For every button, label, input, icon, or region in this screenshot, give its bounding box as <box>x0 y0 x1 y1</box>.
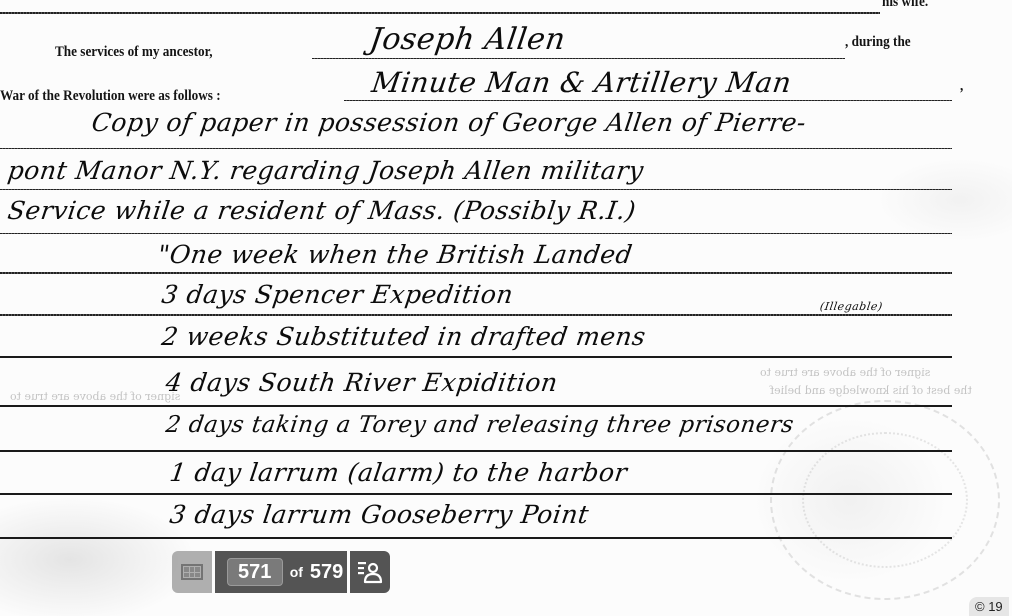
people-index-button[interactable] <box>350 551 390 593</box>
copyright-notice: © 19 <box>969 597 1009 616</box>
service-type: Minute Man & Artillery Man <box>370 66 794 99</box>
of-label: of <box>290 564 303 580</box>
form-rule <box>0 405 952 407</box>
bleed-through-text: signer of the above are true to <box>760 366 930 379</box>
people-list-icon <box>357 559 383 585</box>
form-rule <box>0 12 880 14</box>
filmstrip-grid-button[interactable] <box>172 551 212 593</box>
illegible-annotation: (Illegable) <box>819 300 883 313</box>
image-viewer-toolbar: 571 of 579 <box>172 551 390 593</box>
embossed-seal <box>770 400 1000 600</box>
ancestor-name: Joseph Allen <box>368 22 568 57</box>
his-wife-label: his wife. <box>882 0 928 11</box>
form-rule <box>0 537 952 539</box>
form-rule <box>0 314 952 316</box>
service-line: 3 days larrum Gooseberry Point <box>168 500 591 529</box>
document-viewer[interactable]: signer of the above are true to the best… <box>0 0 1012 616</box>
form-rule <box>312 58 845 59</box>
service-line: 3 days Spencer Expedition <box>160 280 515 309</box>
bleed-through-text: the best of his knowledge and belief <box>770 384 972 397</box>
form-rule <box>0 450 952 452</box>
form-rule <box>344 100 952 101</box>
bleed-through-text: signer of the above are true to <box>10 390 180 403</box>
form-rule <box>0 189 952 190</box>
services-label: The services of my ancestor, <box>55 44 213 61</box>
form-rule <box>0 493 952 495</box>
service-line: 2 weeks Substituted in drafted mens <box>160 322 648 351</box>
service-line: 1 day larrum (alarm) to the harbor <box>168 458 629 487</box>
form-rule <box>0 356 952 358</box>
form-rule <box>0 272 952 274</box>
war-label: War of the Revolution were as follows : <box>0 88 221 105</box>
service-line: Copy of paper in possession of George Al… <box>90 108 808 137</box>
service-line: "One week when the British Landed <box>156 240 634 269</box>
page-navigator: 571 of 579 <box>215 551 347 593</box>
filmstrip-grid-icon <box>181 564 203 580</box>
service-line: pont Manor N.Y. regarding Joseph Allen m… <box>6 156 646 185</box>
during-the-label: , during the <box>845 34 911 51</box>
service-line: Service while a resident of Mass. (Possi… <box>6 196 638 225</box>
service-line: 2 days taking a Torey and releasing thre… <box>164 412 795 438</box>
form-rule <box>0 148 952 149</box>
total-pages: 579 <box>310 561 343 584</box>
service-line: 4 days South River Expidition <box>164 368 560 397</box>
current-page-input[interactable]: 571 <box>227 558 283 586</box>
form-rule <box>0 233 952 234</box>
